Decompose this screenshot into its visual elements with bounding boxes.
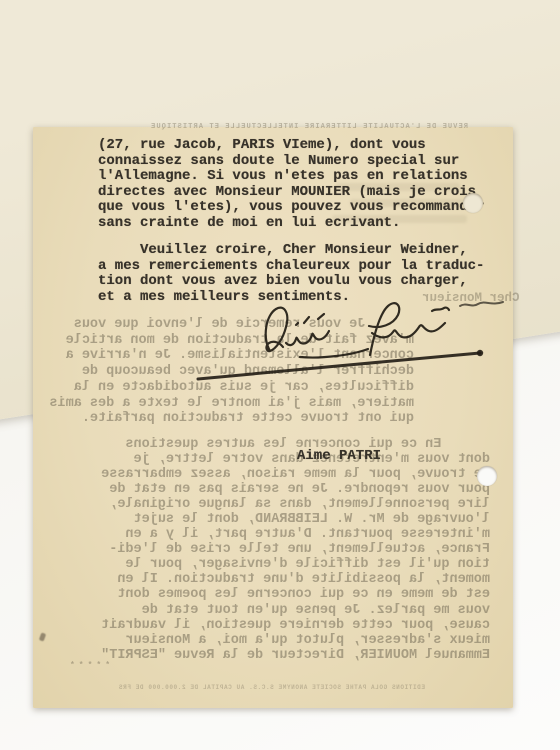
ghost-letterhead: REVUE DE L'ACTUALITE LITTERAIRE INTELLEC… <box>110 123 508 131</box>
typed-signature: Aime PATRI <box>297 449 381 465</box>
letter-paragraph-1: (27, rue Jacob, PARIS VIeme), dont vous … <box>98 138 484 232</box>
ghost-separator-asterisks: ***** <box>70 661 114 670</box>
scanner-background: REVUE DE L'ACTUALITE LITTERAIRE INTELLEC… <box>0 0 560 750</box>
ghost-paragraph-b: En ce qui concerne les autres questions … <box>67 437 490 663</box>
pen-mark-squiggle <box>458 297 506 311</box>
handwritten-signature <box>192 299 504 387</box>
punch-hole-bottom <box>477 466 497 486</box>
letter-paragraph-2: Veuillez croire, Cher Monsieur Weidner, … <box>98 243 484 305</box>
signature-underline <box>198 350 483 379</box>
ghost-imprint-line: EDITIONS GOLA PATHE SOCIETE ANONYME S.C.… <box>93 684 425 691</box>
signature-strokes <box>266 303 449 357</box>
punch-hole-top <box>463 193 483 213</box>
